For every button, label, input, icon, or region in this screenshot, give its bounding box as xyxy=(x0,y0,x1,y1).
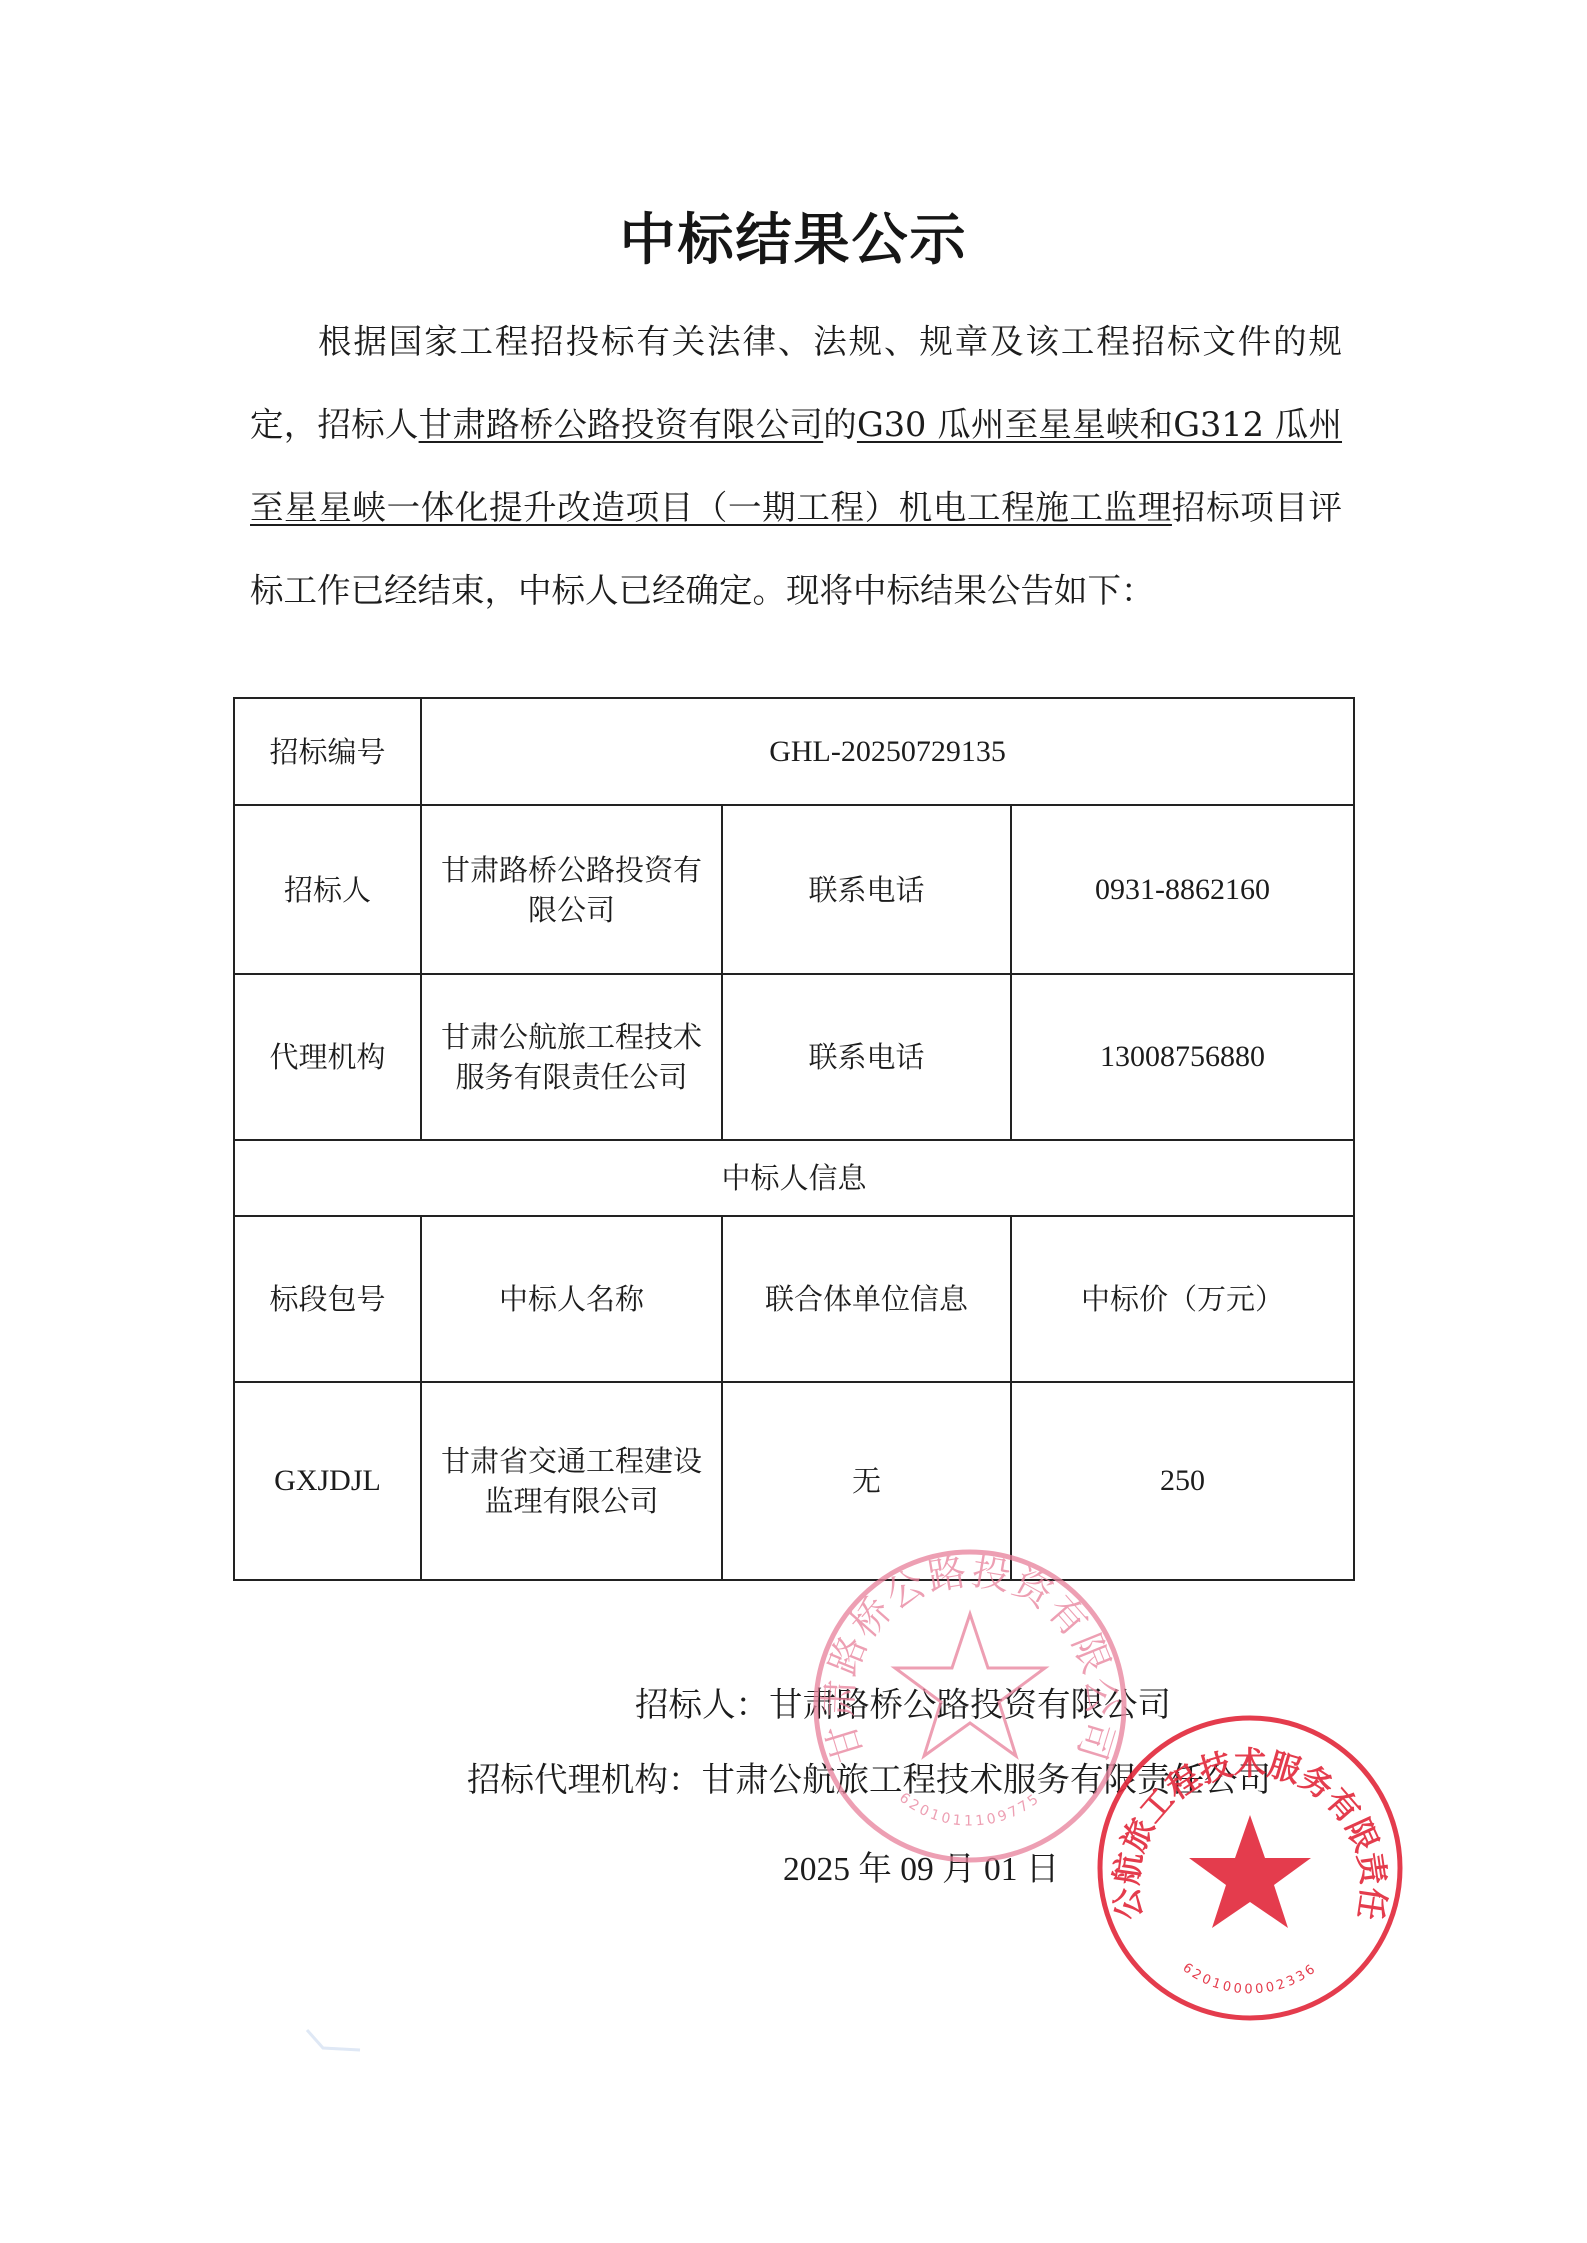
para-connector: 的 xyxy=(823,405,857,444)
signature-agency: 招标代理机构：甘肃公航旅工程技术服务有限责任公司 xyxy=(467,1760,1271,1800)
col-header-price: 中标价（万元） xyxy=(1011,1216,1354,1382)
winner-section-label: 中标人信息 xyxy=(234,1140,1354,1216)
section-no-cell: GXJDJL xyxy=(234,1382,421,1580)
svg-text:6201000002336: 6201000002336 xyxy=(1180,1960,1321,1997)
signature-date: 2025 年 09 月 01 日 xyxy=(783,1850,1059,1890)
signature-tenderer: 招标人：甘肃路桥公路投资有限公司 xyxy=(635,1685,1171,1725)
svg-text:甘肃公航旅工程技术服务有限责任公司: 甘肃公航旅工程技术服务有限责任公司 xyxy=(1094,1712,1393,1922)
consortium-cell: 无 xyxy=(722,1382,1011,1580)
announcement-paragraph: 根据国家工程招投标有关法律、法规、规章及该工程招标文件的规定，招标人甘肃路桥公路… xyxy=(250,300,1342,632)
tenderer-row: 招标人 甘肃路桥公路投资有限公司 联系电话 0931-8862160 xyxy=(234,805,1354,974)
tenderer-value: 甘肃路桥公路投资有限公司 xyxy=(421,805,722,974)
col-header-section-no: 标段包号 xyxy=(234,1216,421,1382)
agency-phone-label: 联系电话 xyxy=(722,974,1011,1140)
tenderer-label: 招标人 xyxy=(234,805,421,974)
table-row: GXJDJL 甘肃省交通工程建设监理有限公司 无 250 xyxy=(234,1382,1354,1580)
tender-no-row: 招标编号 GHL-20250729135 xyxy=(234,698,1354,805)
star-icon xyxy=(1189,1815,1311,1928)
winner-section-row: 中标人信息 xyxy=(234,1140,1354,1216)
agency-seal-stamp: 甘肃公航旅工程技术服务有限责任公司 6201000002336 xyxy=(1094,1712,1406,2024)
col-header-consortium: 联合体单位信息 xyxy=(722,1216,1011,1382)
winner-name-cell: 甘肃省交通工程建设监理有限公司 xyxy=(421,1382,722,1580)
tender-no-label: 招标编号 xyxy=(234,698,421,805)
agency-phone-value: 13008756880 xyxy=(1011,974,1354,1140)
tenderer-phone-value: 0931-8862160 xyxy=(1011,805,1354,974)
agency-value: 甘肃公航旅工程技术服务有限责任公司 xyxy=(421,974,722,1140)
tender-no-value: GHL-20250729135 xyxy=(421,698,1354,805)
scan-artifact-mark xyxy=(305,2028,365,2058)
tenderer-phone-label: 联系电话 xyxy=(722,805,1011,974)
col-header-winner-name: 中标人名称 xyxy=(421,1216,722,1382)
agency-row: 代理机构 甘肃公航旅工程技术服务有限责任公司 联系电话 13008756880 xyxy=(234,974,1354,1140)
svg-text:甘肃路桥公路投资有限公司: 甘肃路桥公路投资有限公司 xyxy=(816,1549,1123,1767)
result-table: 招标编号 GHL-20250729135 招标人 甘肃路桥公路投资有限公司 联系… xyxy=(233,697,1355,1581)
page-title: 中标结果公示 xyxy=(0,208,1587,272)
winner-header-row: 标段包号 中标人名称 联合体单位信息 中标价（万元） xyxy=(234,1216,1354,1382)
price-cell: 250 xyxy=(1011,1382,1354,1580)
agency-label: 代理机构 xyxy=(234,974,421,1140)
bidder-name: 甘肃路桥公路投资有限公司 xyxy=(419,405,824,444)
